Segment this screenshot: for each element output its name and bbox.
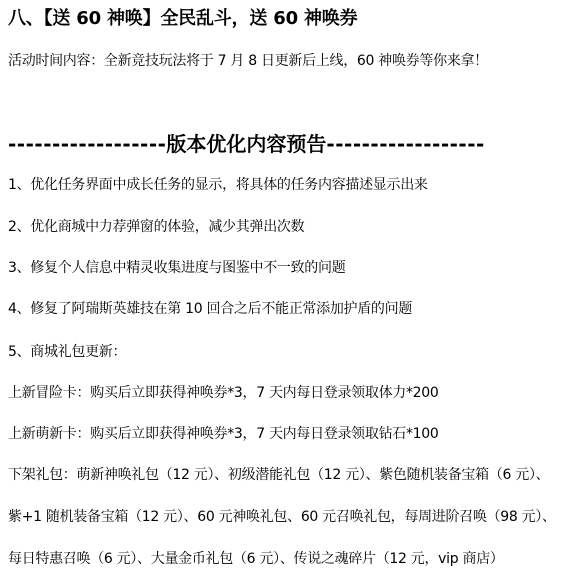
heading-dashes-left: ------------------ — [8, 132, 166, 156]
optimization-item-1: 1、优化任务界面中成长任务的显示，将具体的任务内容描述显示出来 — [8, 178, 428, 192]
section8-title: 八、【送 60 神唤】全民乱斗，送 60 神唤券 — [8, 10, 357, 28]
optimization-item-2: 2、优化商城中力荐弹窗的体验，减少其弹出次数 — [8, 220, 304, 234]
removed-packs-line-1: 下架礼包：萌新神唤礼包（12 元）、初级潜能礼包（12 元）、紫色随机装备宝箱（… — [8, 468, 549, 482]
gift-update-newbie-card: 上新萌新卡：购买后立即获得神唤券*3，7 天内每日登录领取钻石*100 — [8, 427, 439, 441]
gift-update-adventure-card: 上新冒险卡：购买后立即获得神唤券*3，7 天内每日登录领取体力*200 — [8, 386, 439, 400]
optimization-item-5: 5、商城礼包更新： — [8, 345, 126, 359]
removed-packs-line-2: 紫+1 随机装备宝箱（12 元）、60 元神唤礼包、60 元召唤礼包，每周进阶召… — [8, 510, 556, 524]
heading-dashes-right: ------------------ — [326, 132, 484, 156]
activity-description: 活动时间内容：全新竞技玩法将于 7 月 8 日更新后上线，60 神唤券等你来拿！ — [8, 54, 488, 68]
removed-packs-line-3: 每日特惠召唤（6 元）、大量金币礼包（6 元）、传说之魂碎片（12 元，vip … — [8, 552, 504, 566]
heading-text: 版本优化内容预告 — [166, 132, 326, 156]
optimization-item-4: 4、修复了阿瑞斯英雄技在第 10 回合之后不能正常添加护盾的问题 — [8, 302, 412, 316]
optimization-heading: ------------------版本优化内容预告--------------… — [8, 134, 485, 154]
optimization-item-3: 3、修复个人信息中精灵收集进度与图鉴中不一致的问题 — [8, 261, 345, 275]
